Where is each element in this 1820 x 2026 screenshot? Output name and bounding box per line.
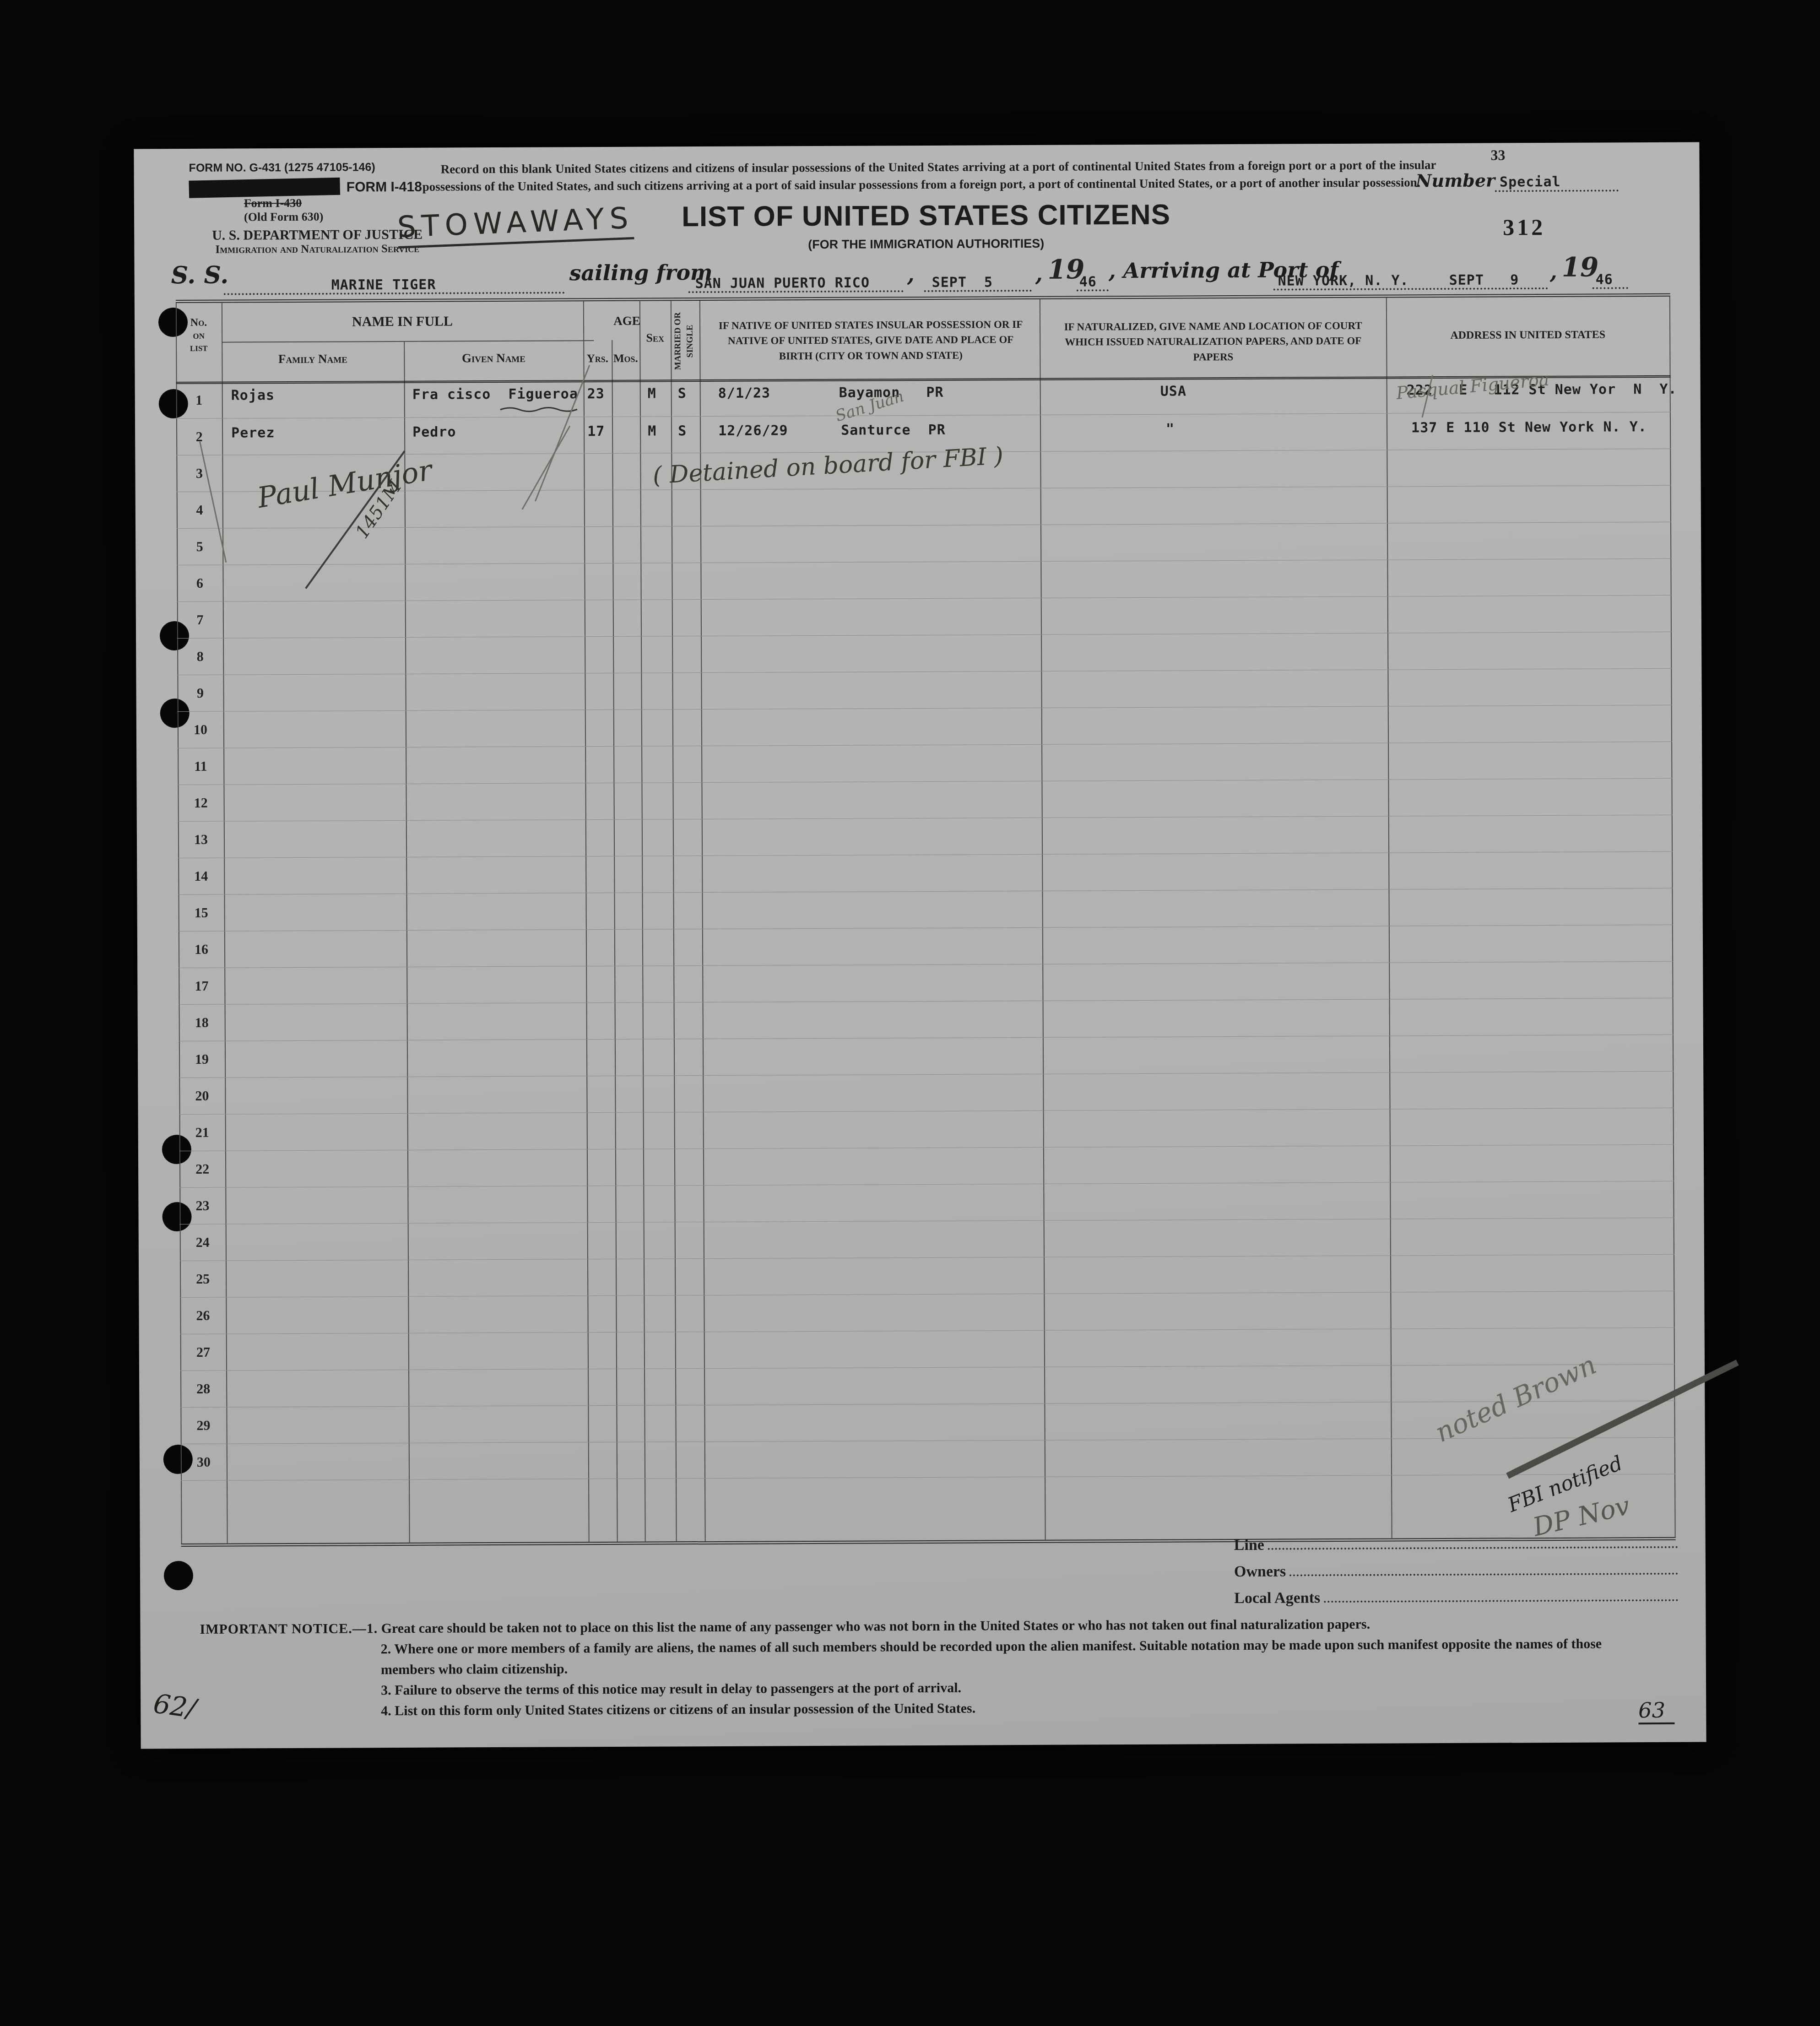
entry-age-yrs: 17 [587,423,605,439]
underline-squiggle [499,406,578,413]
header-naturalization: IF NATURALIZED, GIVE NAME AND LOCATION O… [1050,318,1376,365]
ship-name: MARINE TIGER [331,277,436,293]
row-number: 20 [179,1089,225,1104]
row-line [178,815,1673,822]
manifest-table: No. on list NAME IN FULL Family Name Giv… [176,293,1676,1547]
row-number: 9 [178,686,223,701]
row-number: 21 [179,1125,225,1141]
row-line [180,1327,1675,1334]
line-blank [1268,1545,1678,1550]
row-line [179,961,1673,968]
row-line [180,1254,1674,1261]
instruction-paragraph: Record on this blank United States citiz… [422,156,1436,195]
punch-hole [164,1561,193,1590]
scanned-manifest-photo: { "header": { "form_no": "FORM NO. G-431… [0,0,1820,2026]
row-line [178,742,1672,748]
header-divider [222,340,594,343]
arrival-date: SEPT 9 [1449,272,1519,288]
ss-label: S. S. [171,261,228,290]
row-number: 13 [178,832,224,848]
header-address: ADDRESS IN UNITED STATES [1386,329,1669,342]
row-line [179,1181,1674,1188]
row-line [178,778,1672,785]
departure-year: 46 [1079,274,1097,290]
entry-family-name: Perez [231,425,275,441]
entry-given-name: Fra cisco Figueroa [412,386,578,403]
page-number-right: 63 [1638,1698,1674,1724]
page-title: LIST OF UNITED STATES CITIZENS [656,198,1196,233]
row-line [179,1144,1674,1151]
row-number: 22 [179,1162,225,1177]
line-label: Line [1234,1537,1264,1554]
comma: , [1035,261,1042,286]
number-value: Special [1495,173,1619,192]
departure-date: SEPT 5 [932,274,993,291]
row-line [178,888,1673,895]
row-number: 1 [176,393,222,408]
page-stamp-312: 312 [1503,213,1672,241]
table-body: 1234567891011121314151617181920212223242… [176,375,1675,1480]
row-number: 11 [178,759,223,775]
form-number: FORM NO. G-431 (1275 47105-146) [189,161,445,175]
row-number: 14 [178,869,224,884]
row-number: 17 [179,979,224,994]
row-number: 5 [177,539,222,555]
owners-blank [1289,1572,1678,1576]
row-line [179,1108,1674,1115]
entry-family-name: Rojas [231,387,275,403]
row-number: 29 [180,1418,226,1434]
row-number: 23 [179,1198,225,1214]
row-number: 19 [179,1052,225,1067]
entry-birth-date: 12/26/29 [718,423,788,439]
row-line [177,668,1672,675]
row-number: 6 [177,576,222,591]
row-number: 26 [180,1308,226,1324]
entry-sex: M [648,423,656,439]
row-number: 16 [179,942,224,958]
header-family-name: Family Name [222,352,404,367]
entry-marital: S [678,423,687,439]
local-agents-blank [1324,1598,1678,1603]
entry-naturalization-ditto: " [1166,421,1175,437]
row-line [180,1401,1675,1408]
entry-sex: M [648,386,656,402]
entry-naturalization: USA [1160,383,1186,399]
manifest-page: FORM NO. G-431 (1275 47105-146) FORM I-4… [134,142,1706,1749]
row-line [179,1035,1674,1041]
header-married-or-single: MARRIED OR SINGLE [672,304,699,378]
row-number: 30 [181,1455,227,1470]
comma: , [1549,259,1557,284]
row-line [181,1474,1675,1481]
entry-age-yrs: 23 [587,386,605,402]
row-line [179,998,1674,1005]
row-number: 3 [176,466,222,482]
row-number: 24 [180,1235,226,1251]
year-prefix: 19 [1561,252,1598,283]
header-age: AGE [583,314,671,328]
sailing-from-label: sailing from [569,260,712,285]
arrival-year: 46 [1596,271,1613,287]
row-line [179,1071,1674,1078]
row-number: 10 [178,722,223,738]
row-number: 8 [177,649,223,665]
old-form-i430: Form I-430 [244,196,445,211]
arrival-port: NEW YORK, N. Y. [1278,272,1409,289]
row-number: 15 [179,905,224,921]
row-number: 18 [179,1015,225,1031]
header-given-name: Given Name [404,351,583,366]
entry-birth-date: 8/1/23 [718,385,771,401]
row-line [176,412,1671,419]
sheet-number: 33 [1415,146,1580,164]
comma: , [907,262,914,287]
row-line [177,595,1672,602]
row-number: 25 [180,1272,226,1287]
row-number: 7 [177,612,223,628]
departure-port: SAN JUAN PUERTO RICO [695,275,870,292]
header-no-on-list: No. on list [176,317,222,355]
page-number-left: 62/ [152,1688,198,1724]
row-line [179,925,1673,932]
entry-address: 137 E 110 St New York N. Y. [1411,419,1647,436]
row-line [177,558,1671,565]
important-notice: IMPORTANT NOTICE.—1. Great care should b… [200,1613,1656,1722]
notice-item-1: Great care should be taken not to place … [381,1617,1370,1636]
header-name-in-full: NAME IN FULL [222,313,583,330]
row-line [177,522,1671,529]
entry-marital: S [678,385,687,401]
row-line [180,1218,1674,1224]
local-agents-label: Local Agents [1234,1589,1320,1607]
row-line [178,851,1673,858]
row-number: 12 [178,796,224,811]
header-birth: IF NATIVE OF UNITED STATES INSULAR POSSE… [710,317,1031,364]
form-stamp: FORM I-418 [347,179,422,195]
notice-label: IMPORTANT NOTICE.—1. [200,1621,378,1637]
entry-given-name: Pedro [412,424,456,440]
row-line [180,1291,1674,1298]
table-header: No. on list NAME IN FULL Family Name Giv… [176,297,1671,384]
header-sex: Sex [639,331,671,345]
row-number: 27 [180,1345,226,1360]
entry-birth-place: Santurce PR [841,422,946,439]
agents-block: Line Owners Local Agents [1234,1535,1679,1616]
owners-label: Owners [1234,1563,1286,1581]
row-line [177,632,1672,639]
header-yrs: Yrs. [583,352,612,365]
row-number: 28 [180,1381,226,1397]
row-line [180,1364,1675,1371]
notice-item-2: 2. Where one or more members of a family… [381,1633,1644,1680]
header-mos: Mos. [612,352,639,365]
number-label: Number [1416,170,1495,191]
voyage-line: S. S. MARINE TIGER sailing from SAN JUAN… [134,248,1700,300]
row-line [178,705,1672,712]
redaction-stamp-bar [189,178,340,198]
sheet-number-block: 33 Number Special 312 [1415,146,1672,241]
